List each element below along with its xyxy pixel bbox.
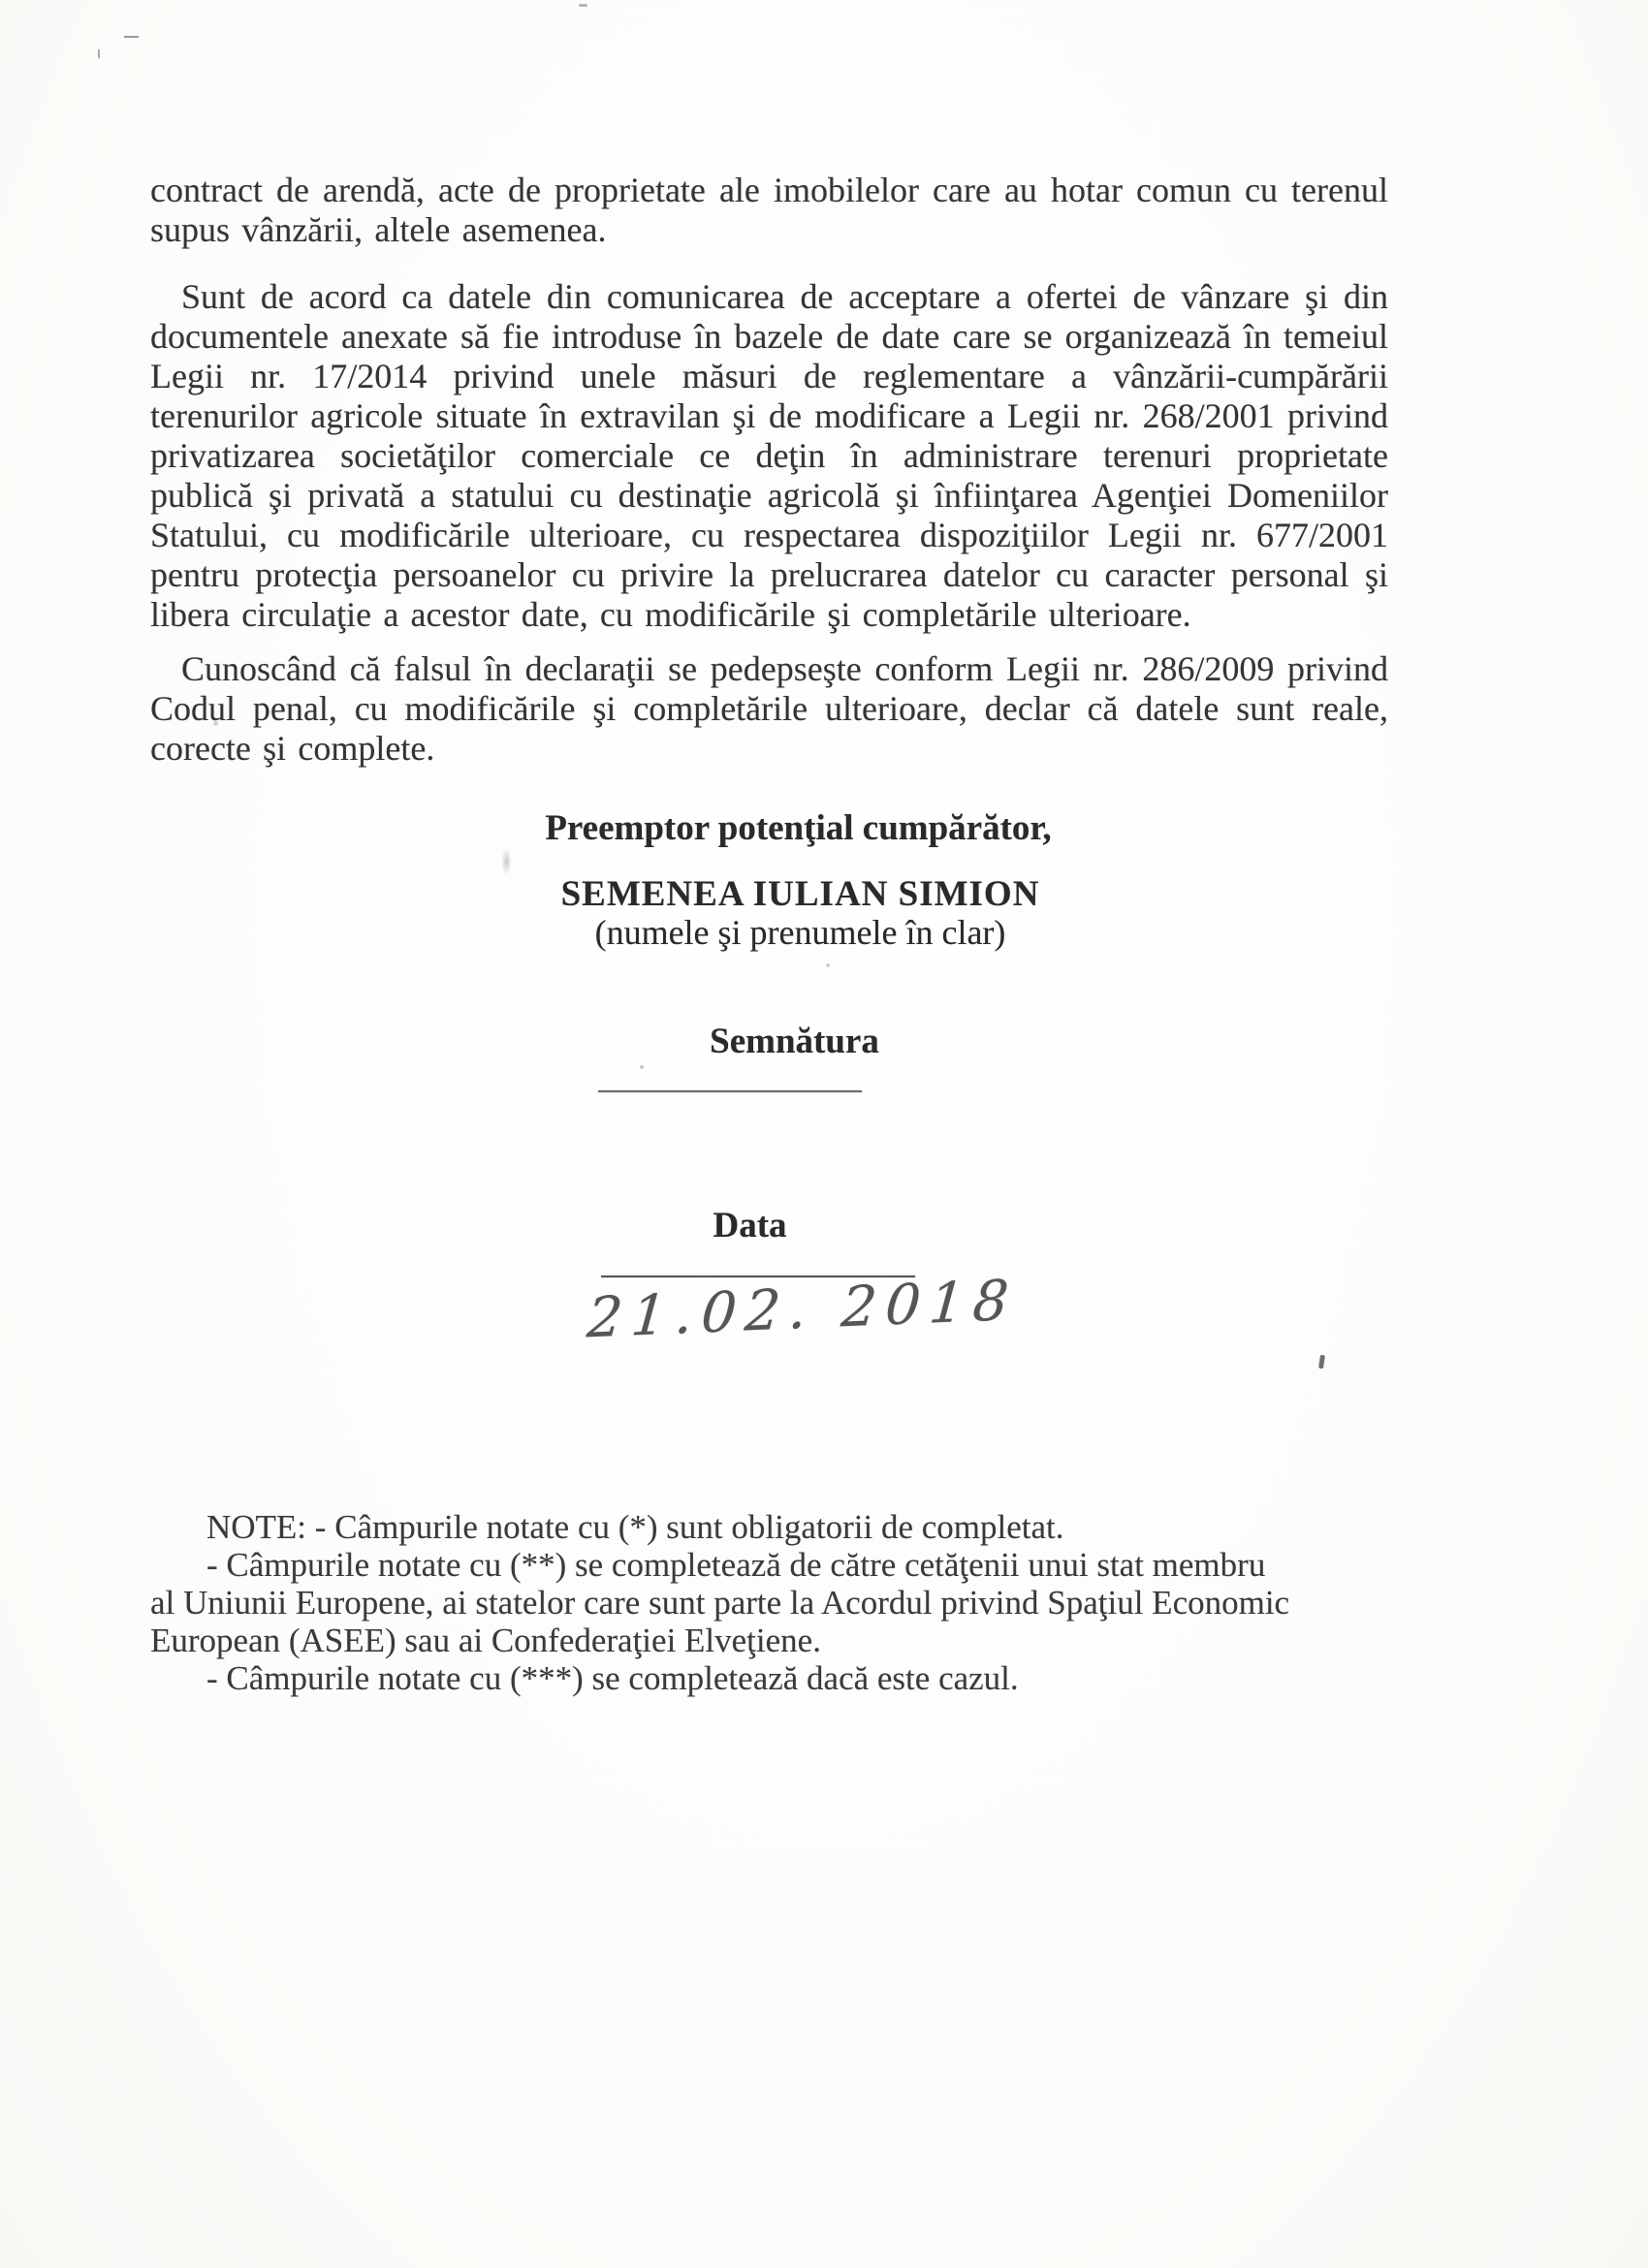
preemptor-role-label: Preemptor potenţial cumpărător, (179, 807, 1417, 849)
scan-artifact (826, 963, 830, 967)
paragraph-continuation: contract de arendă, acte de proprietate … (150, 171, 1388, 250)
note-line-if-applicable: - Câmpurile notate cu (***) se completea… (150, 1659, 1294, 1697)
scan-artifact (1318, 1355, 1325, 1370)
scan-artifact (98, 49, 100, 58)
preemptor-name: SEMENEA IULIAN SIMION (181, 873, 1419, 915)
name-caption: (numele şi prenumele în clar) (181, 912, 1419, 953)
signature-line (598, 1090, 862, 1092)
note-line-mandatory-fields: NOTE: - Câmpurile notate cu (*) sunt obl… (150, 1508, 1294, 1546)
note-line-eu-citizens: - Câmpurile notate cu (**) se completeaz… (150, 1546, 1294, 1659)
scan-artifact (501, 848, 512, 875)
scan-artifact (579, 4, 587, 7)
scanned-document-page: contract de arendă, acte de proprietate … (0, 0, 1648, 2268)
paragraph-declaration: Cunoscând că falsul în declaraţii se ped… (150, 649, 1388, 769)
handwritten-date: 21.02. 2018 (181, 1251, 1423, 1368)
scan-artifact (124, 36, 139, 38)
signature-label: Semnătura (175, 1021, 1413, 1062)
paragraph-consent: Sunt de acord ca datele din comunicarea … (150, 277, 1388, 635)
date-label: Data (131, 1205, 1369, 1246)
notes-section: NOTE: - Câmpurile notate cu (*) sunt obl… (150, 1508, 1294, 1697)
scan-artifact (640, 1065, 644, 1069)
